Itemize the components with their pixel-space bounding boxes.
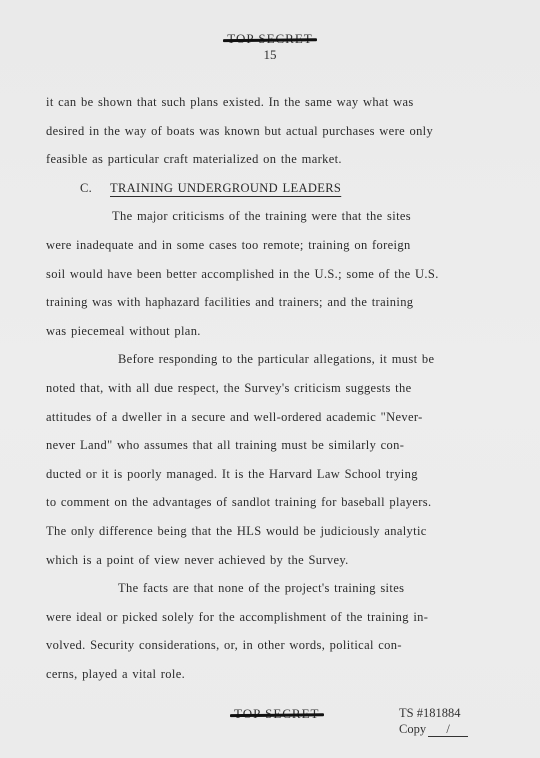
text-line: feasible as particular craft materialize…	[46, 145, 516, 174]
document-body: it can be shown that such plans existed.…	[46, 88, 516, 688]
text-line: never Land" who assumes that all trainin…	[46, 431, 516, 460]
text-line: Before responding to the particular alle…	[46, 345, 516, 374]
text-line: cerns, played a vital role.	[46, 660, 516, 689]
text-line: were inadequate and in some cases too re…	[46, 231, 516, 260]
struck-classification-text: TOP SECRET	[234, 706, 320, 722]
section-heading: C.TRAINING UNDERGROUND LEADERS	[46, 174, 516, 203]
text-line: which is a point of view never achieved …	[46, 546, 516, 575]
text-line: training was with haphazard facilities a…	[46, 288, 516, 317]
copy-label: Copy	[399, 722, 426, 736]
copy-value: /	[428, 723, 468, 737]
text-line: soil would have been better accomplished…	[46, 260, 516, 289]
document-control-block: TS #181884 Copy/	[399, 705, 468, 737]
text-line: were ideal or picked solely for the acco…	[46, 603, 516, 632]
footer-classification-marking: TOP SECRET	[234, 706, 320, 722]
page-number: 15	[0, 47, 540, 63]
text-line: The major criticisms of the training wer…	[46, 202, 516, 231]
ts-number: TS #181884	[399, 705, 468, 721]
text-line: volved. Security considerations, or, in …	[46, 631, 516, 660]
document-page: TOP SECRET 15 it can be shown that such …	[0, 0, 540, 758]
text-line: desired in the way of boats was known bu…	[46, 117, 516, 146]
text-line: attitudes of a dweller in a secure and w…	[46, 403, 516, 432]
text-line: ducted or it is poorly managed. It is th…	[46, 460, 516, 489]
text-line: The facts are that none of the project's…	[46, 574, 516, 603]
text-line: The only difference being that the HLS w…	[46, 517, 516, 546]
copy-number-line: Copy/	[399, 721, 468, 737]
header-classification-marking: TOP SECRET	[0, 31, 540, 47]
text-line: to comment on the advantages of sandlot …	[46, 488, 516, 517]
text-line: was piecemeal without plan.	[46, 317, 516, 346]
struck-classification-text: TOP SECRET	[227, 31, 313, 47]
text-line: noted that, with all due respect, the Su…	[46, 374, 516, 403]
section-letter: C.	[80, 174, 110, 203]
section-title: TRAINING UNDERGROUND LEADERS	[110, 181, 341, 195]
text-line: it can be shown that such plans existed.…	[46, 88, 516, 117]
